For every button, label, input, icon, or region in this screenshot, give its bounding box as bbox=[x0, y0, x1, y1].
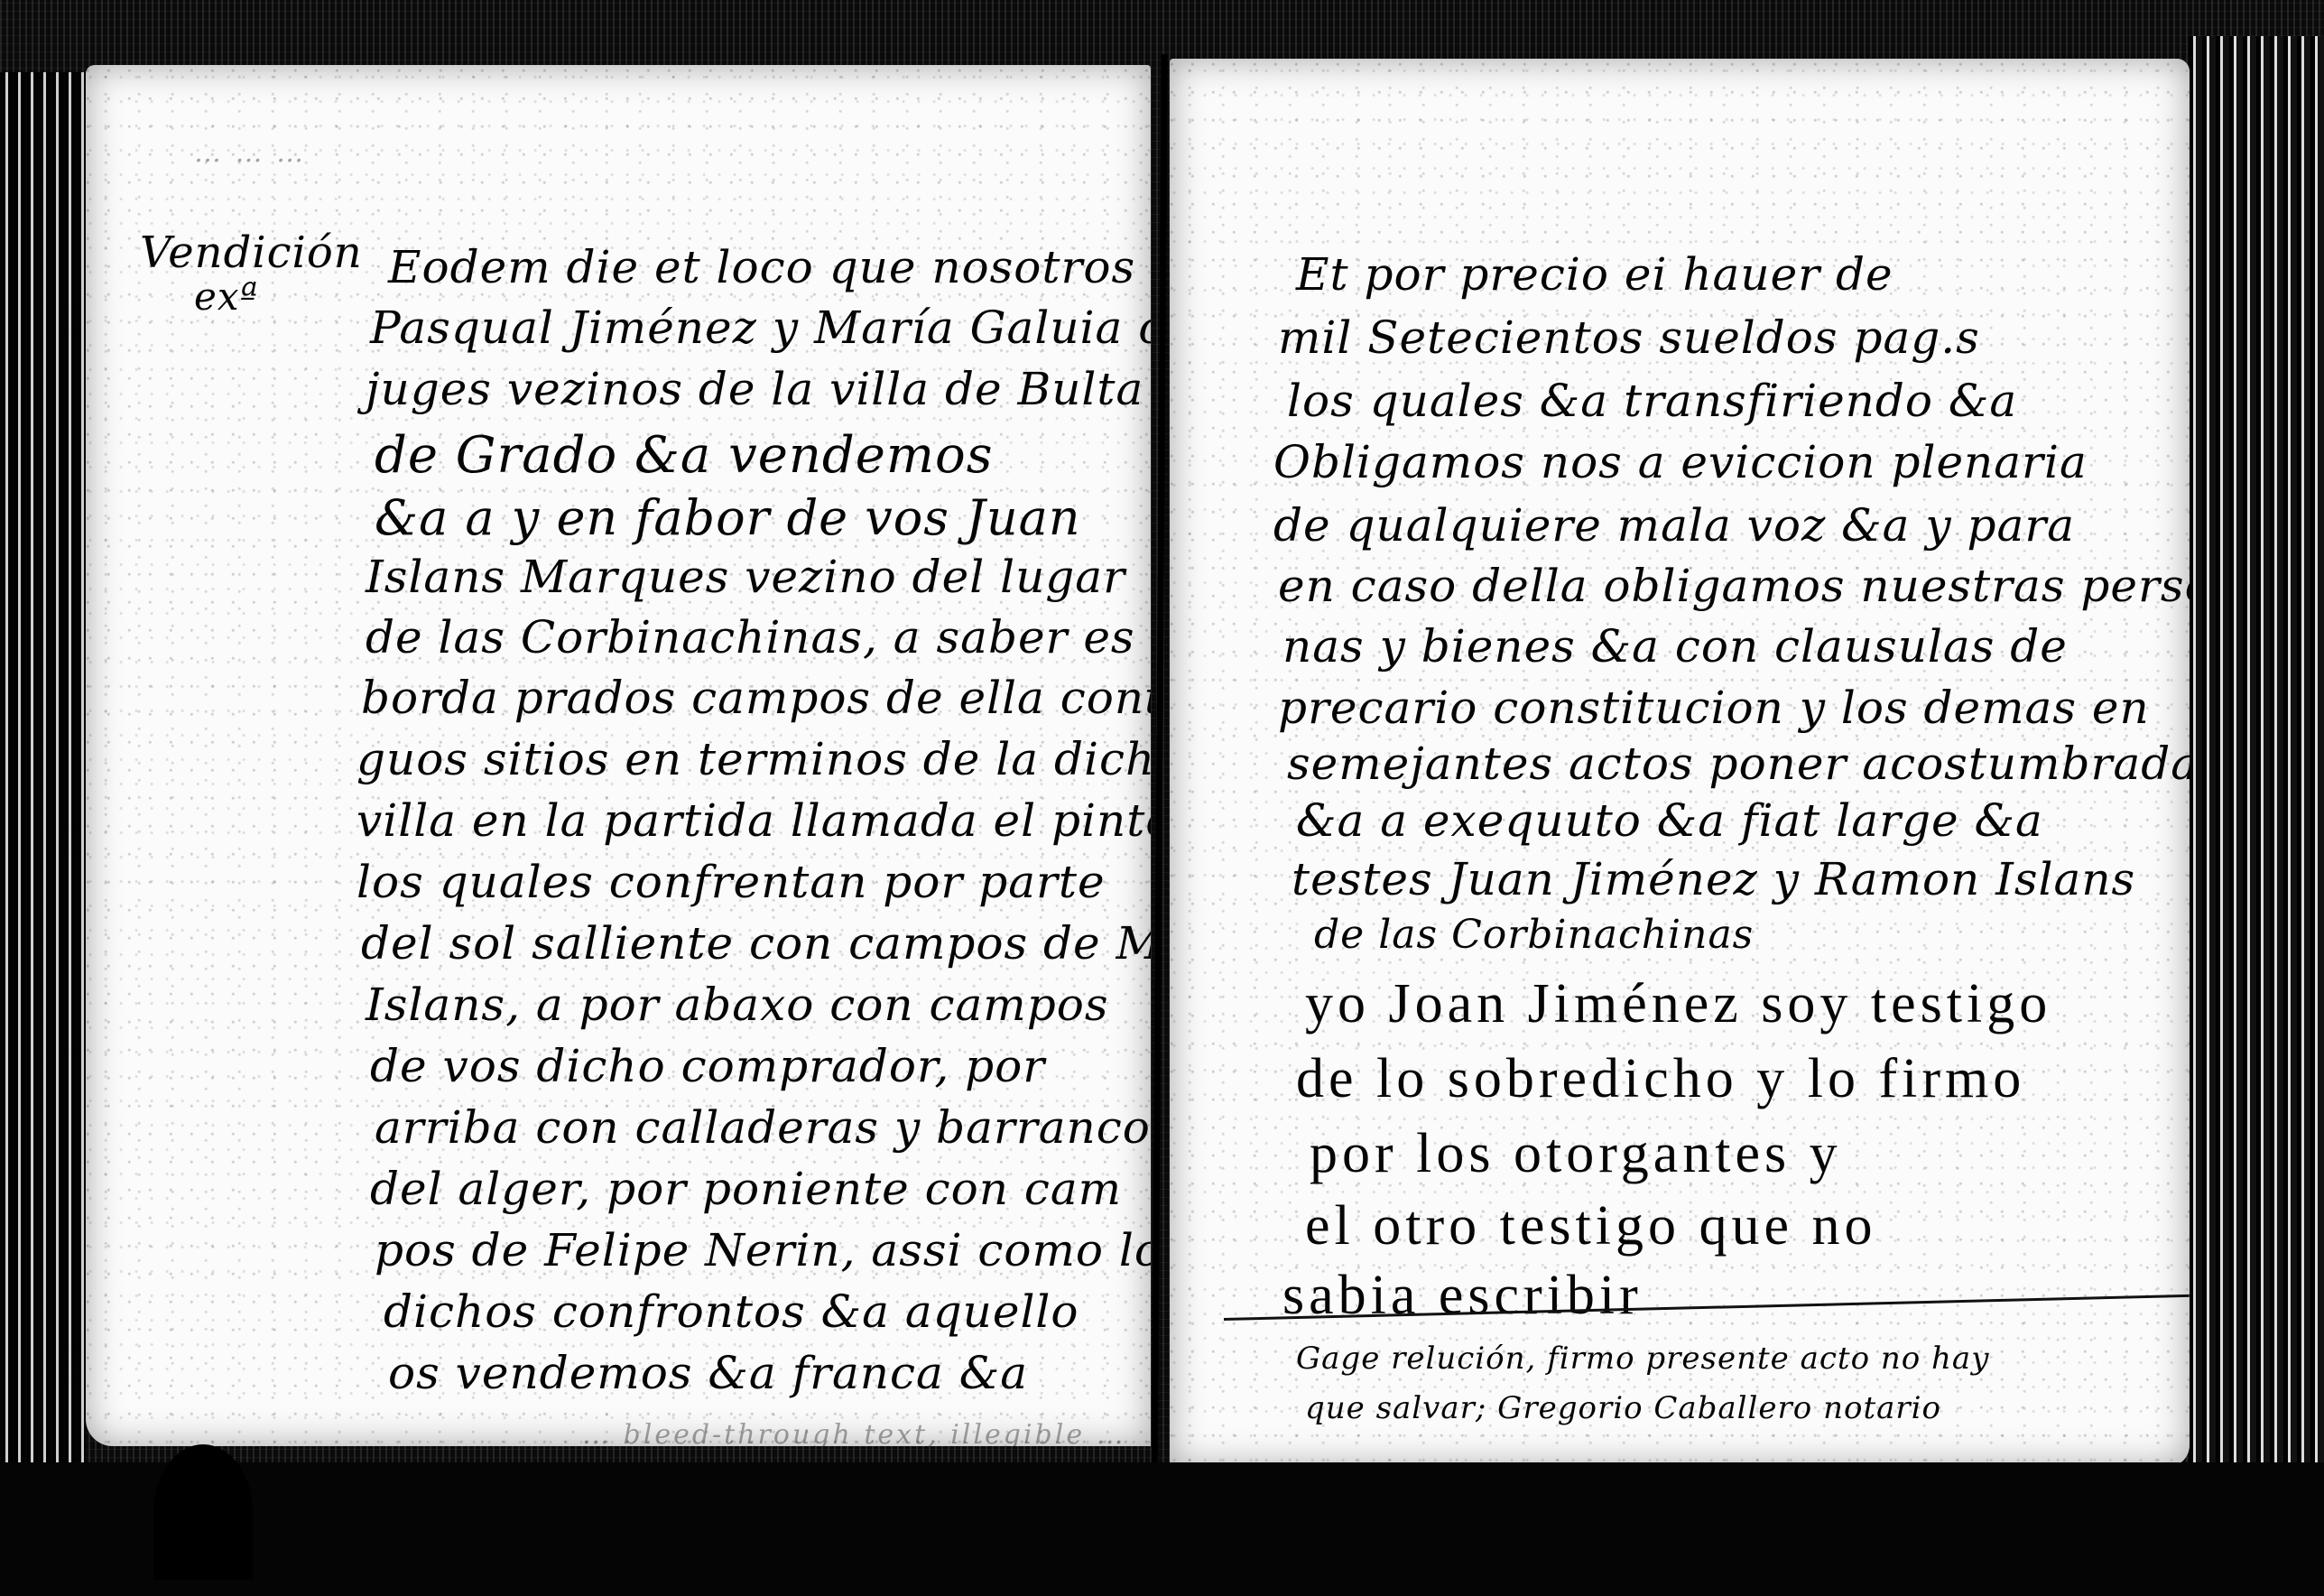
left-line-4: de Grado &a vendemos bbox=[375, 426, 993, 485]
right-line-7: nas y bienes &a con clausulas de bbox=[1282, 620, 2068, 673]
book-edge-left bbox=[0, 72, 86, 1480]
left-line-13: Islans, a por abaxo con campos bbox=[366, 979, 1108, 1031]
right-page: Et por precio ei hauer de mil Seteciento… bbox=[1170, 59, 2190, 1467]
left-line-14: de vos dicho comprador, por bbox=[370, 1040, 1045, 1092]
right-line-3: los quales &a transfiriendo &a bbox=[1287, 375, 2017, 427]
book-edge-right bbox=[2189, 36, 2324, 1596]
left-line-9: guos sitios en terminos de la dicha bbox=[356, 733, 1151, 785]
left-bleed-line-1: … bleed-through text, illegible … bbox=[582, 1419, 1126, 1446]
left-page-top-faint-text: … … … bbox=[194, 137, 306, 169]
left-line-18: dichos confrontos &a aquello bbox=[384, 1285, 1079, 1338]
right-line-2: mil Setecientos sueldos pag.s bbox=[1278, 311, 1980, 364]
right-line-8: precario constitucion y los demas en bbox=[1278, 682, 2150, 734]
left-line-8: borda prados campos de ella conti bbox=[361, 672, 1151, 724]
page-corner-shadow bbox=[153, 1444, 253, 1580]
left-line-12: del sol salliente con campos de Miguel bbox=[361, 917, 1151, 970]
left-line-11: los quales confrentan por parte bbox=[356, 856, 1106, 908]
left-line-15: arriba con calladeras y barranco bbox=[375, 1101, 1151, 1154]
witness-signature-line-4: el otro testigo que no bbox=[1305, 1194, 1876, 1258]
right-line-10: &a a exequuto &a fiat large &a bbox=[1296, 794, 2043, 847]
right-line-9: semejantes actos poner acostumbradas bbox=[1287, 738, 2190, 790]
manuscript-scan: … … … Vendición exª Eodem die et loco qu… bbox=[0, 0, 2324, 1596]
scan-bottom-edge bbox=[0, 1462, 2324, 1596]
witness-signature-line-2: de lo sobredicho y lo firmo bbox=[1296, 1047, 2025, 1111]
notary-note-line-1: Gage relución, firmo presente acto no ha… bbox=[1296, 1341, 1989, 1377]
right-line-5: de qualquiere mala voz &a y para bbox=[1273, 499, 2075, 552]
notary-note-line-2: que salvar; Gregorio Caballero notario bbox=[1305, 1390, 1941, 1426]
right-line-4: Obligamos nos a eviccion plenaria bbox=[1273, 436, 2088, 488]
left-line-7: de las Corbinachinas, a saber es una bbox=[366, 611, 1151, 663]
margin-note-line-2: exª bbox=[194, 274, 259, 319]
right-line-11: testes Juan Jiménez y Ramon Islans bbox=[1292, 853, 2135, 905]
margin-note-line-1: Vendición bbox=[140, 227, 363, 278]
left-line-17: pos de Felipe Nerin, assi como los bbox=[375, 1224, 1151, 1276]
left-page: … … … Vendición exª Eodem die et loco qu… bbox=[86, 65, 1151, 1446]
right-line-1: Et por precio ei hauer de bbox=[1296, 248, 1893, 301]
left-line-5: &a a y en fabor de vos Juan bbox=[375, 489, 1081, 546]
left-line-2: Pasqual Jiménez y María Galuia con bbox=[370, 302, 1151, 354]
right-line-6: en caso della obligamos nuestras perso bbox=[1278, 560, 2190, 612]
witness-signature-line-5: sabia escribir bbox=[1282, 1264, 1643, 1328]
left-line-3: juges vezinos de la villa de Bulta bbox=[366, 363, 1143, 415]
witness-signature-line-1: yo Joan Jiménez soy testigo bbox=[1305, 972, 2051, 1036]
right-line-12: de las Corbinachinas bbox=[1314, 912, 1754, 958]
left-line-6: Islans Marques vezino del lugar bbox=[366, 551, 1125, 603]
witness-signature-line-3: por los otorgantes y bbox=[1310, 1122, 1842, 1186]
left-line-1: Eodem die et loco que nosotros bbox=[388, 241, 1135, 293]
left-line-10: villa en la partida llamada el pinte bbox=[356, 794, 1151, 847]
left-line-19: os vendemos &a franca &a bbox=[388, 1347, 1028, 1399]
left-line-16: del alger, por poniente con cam bbox=[370, 1163, 1122, 1215]
